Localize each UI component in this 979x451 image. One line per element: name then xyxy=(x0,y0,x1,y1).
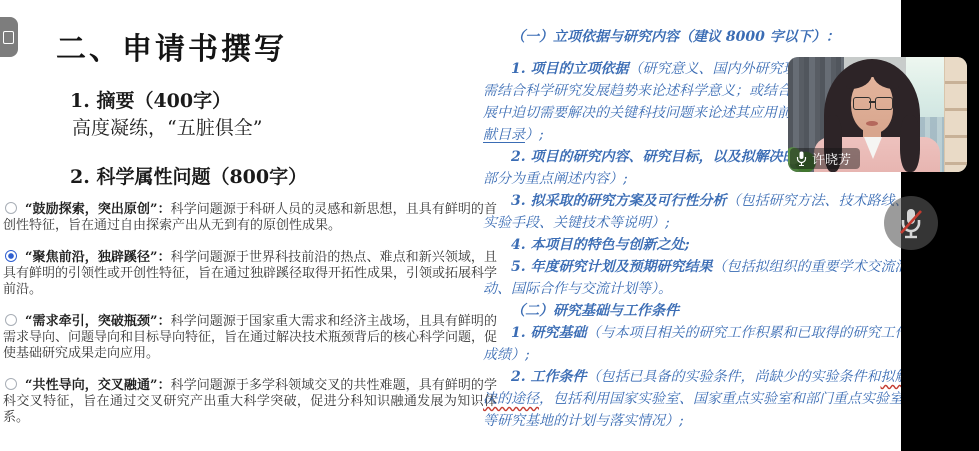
slide-item-abstract: 1. 摘要（400字） xyxy=(70,86,231,113)
option-exploration: “鼓励探索，突出原创”：科学问题源于科研人员的灵感和新思想，且具有鲜明的首创性特… xyxy=(3,202,497,234)
doc-line: 等研究基地的计划与落实情况）; xyxy=(483,410,901,432)
webcam-video-tile[interactable]: 许晓芳 xyxy=(788,57,967,172)
option-lead: “聚焦前沿，独辟蹊径”： xyxy=(25,250,171,265)
meeting-window: 二、申请书撰写 1. 摘要（400字） 高度凝练，“五脏俱全” 2. 科学属性问… xyxy=(0,0,979,451)
doc-line: 2. 工作条件（包括已具备的实验条件，尚缺少的实验条件和拟解 xyxy=(483,366,901,388)
doc-line: 决的途径，包括利用国家实验室、国家重点实验室和部门重点实验室 xyxy=(483,388,901,410)
doc-line: 4. 本项目的特色与创新之处; xyxy=(483,234,901,256)
option-frontier: “聚焦前沿，独辟蹊径”：科学问题源于世界科技前沿的热点、难点和新兴领域，且具有鲜… xyxy=(3,250,497,298)
doc-line: （一）立项依据与研究内容（建议 8000 字以下）： xyxy=(483,26,901,48)
radio-button-icon xyxy=(5,378,17,390)
slide-item-science-attribute: 2. 科学属性问题（800字） xyxy=(70,162,307,189)
option-interdisciplinary: “共性导向，交叉融通”：科学问题源于多学科领域交叉的共性难题，具有鲜明的学科交叉… xyxy=(3,378,497,426)
side-tab-handle[interactable] xyxy=(0,17,18,57)
panel-handle-icon xyxy=(3,31,14,44)
doc-line: 5. 年度研究计划及预期研究结果（包括拟组织的重要学术交流活 xyxy=(483,256,901,278)
radio-button-icon xyxy=(5,202,17,214)
slide-title: 二、申请书撰写 xyxy=(56,24,287,68)
participant-name: 许晓芳 xyxy=(812,149,851,168)
slide-item-abstract-sub: 高度凝练，“五脏俱全” xyxy=(72,113,262,140)
option-lead: “鼓励探索，突出原创”： xyxy=(25,202,171,217)
option-lead: “需求牵引，突破瓶颈”： xyxy=(25,314,171,329)
radio-button-icon xyxy=(5,314,17,326)
participant-name-tag: 许晓芳 xyxy=(790,148,860,169)
mic-muted-icon xyxy=(898,207,924,239)
doc-line: 成绩）; xyxy=(483,344,901,366)
doc-line: 3. 拟采取的研究方案及可行性分析（包括研究方法、技术路线、 xyxy=(483,190,901,212)
wooden-shelf xyxy=(944,57,967,172)
option-lead: “共性导向，交叉融通”： xyxy=(25,378,171,393)
glasses-icon xyxy=(875,97,893,110)
radio-button-icon xyxy=(5,250,17,262)
doc-line: 实验手段、关键技术等说明）; xyxy=(483,212,901,234)
glasses-icon xyxy=(853,97,871,110)
doc-line: 1. 研究基础（与本项目相关的研究工作积累和已取得的研究工作 xyxy=(483,322,901,344)
option-demand: “需求牵引，突破瓶颈”：科学问题源于国家重大需求和经济主战场，且具有鲜明的需求导… xyxy=(3,314,497,362)
doc-line: （二）研究基础与工作条件 xyxy=(483,300,901,322)
person-hair-strand xyxy=(900,115,920,172)
mic-on-icon xyxy=(796,151,807,166)
shared-screen-slide: 二、申请书撰写 1. 摘要（400字） 高度凝练，“五脏俱全” 2. 科学属性问… xyxy=(0,0,901,451)
mic-muted-button[interactable] xyxy=(884,196,938,250)
glasses-bridge xyxy=(869,101,876,103)
doc-line: 动、国际合作与交流计划等）。 xyxy=(483,278,901,300)
science-question-options: “鼓励探索，突出原创”：科学问题源于科研人员的灵感和新思想，且具有鲜明的首创性特… xyxy=(3,202,497,442)
person-mouth xyxy=(866,121,878,126)
